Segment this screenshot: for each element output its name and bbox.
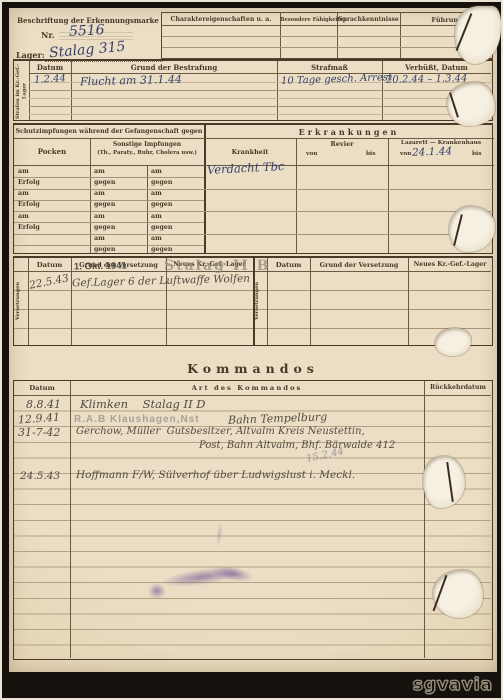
- watermark: sgvavia: [413, 675, 493, 695]
- transfer-col-date-r: Datum: [267, 261, 310, 269]
- date-stamp: 1. Okt. 1941: [74, 261, 127, 273]
- vacc-cell: am: [151, 168, 162, 175]
- transfer-col-reason-r: Grund der Versetzung: [310, 261, 408, 269]
- vacc-cell: am: [151, 213, 162, 220]
- rab-klaushagen-stamp: R.A.B Klaushagen,Nst: [74, 414, 200, 425]
- transfer-col-date-l: Datum: [28, 261, 71, 269]
- scanned-pow-record-photo: Beschriftung der Erkennungsmarke Nr. 551…: [0, 0, 503, 700]
- vacc-cell: am: [18, 168, 29, 175]
- kommando-entry-text: Gerchow, Müller Gutsbesitzer, Altvalm Kr…: [76, 426, 365, 437]
- transfer-entry-reason: Gef.Lager 6 der Luftwaffe Wolfen: [72, 272, 250, 289]
- vaccinations-illnesses-table: Schutzimpfungen während der Gefangenscha…: [13, 123, 493, 254]
- punishments-side-label: Strafen im Kr.-Gef.-Lager: [15, 63, 28, 119]
- vacc-cell: am: [94, 235, 105, 242]
- vacc-cell: am: [94, 168, 105, 175]
- vacc-cell: gegen: [94, 201, 115, 208]
- ill-revier-bis: bis: [366, 151, 376, 157]
- vacc-cell: am: [151, 190, 162, 197]
- vacc-cell: gegen: [94, 179, 115, 186]
- traits-table: Charaktereigenschaften u. a. Besondere F…: [161, 12, 493, 59]
- transfer-col-newcamp-r: Neues Kr.-Gef.-Lager: [408, 261, 492, 268]
- punish-entry-sentence: 10 Tage gesch. Arrest: [281, 72, 392, 87]
- punishments-table: Strafen im Kr.-Gef.-Lager Datum Grund de…: [13, 59, 493, 121]
- kommando-col-return: Rückkehrdatum: [424, 384, 492, 391]
- kommando-entry-date: 8.8.41: [26, 398, 61, 411]
- kommando-entry-date: 24.5.43: [20, 470, 60, 482]
- stalag-2b-stamp: Stalag II B: [164, 258, 271, 274]
- ill-laz-von: von: [400, 151, 411, 157]
- kommandos-table: Datum Art des Kommandos Rückkehrdatum 8.…: [13, 380, 493, 660]
- vacc-cell: am: [94, 213, 105, 220]
- transfers-side-label-left: Versetzungen: [15, 260, 27, 343]
- vacc-cell: am: [18, 213, 29, 220]
- traits-col-abilities: Besondere Fähigkeiten: [280, 17, 337, 23]
- vaccinations-title: Schutzimpfungen während der Gefangenscha…: [14, 128, 204, 135]
- vacc-cell: Erfolg: [18, 224, 40, 231]
- ill-entry-krankheit: Verdacht Tbc: [207, 159, 285, 177]
- punish-col-reason: Grund der Bestrafung: [71, 63, 277, 72]
- kommandos-title: Kommandos: [13, 361, 493, 376]
- vacc-cell: gegen: [94, 246, 115, 253]
- vacc-cell: Erfolg: [18, 179, 40, 186]
- vacc-cell: gegen: [151, 201, 172, 208]
- vacc-col-sonstige-sub: (Tb., Paraty., Ruhr, Cholera usw.): [90, 150, 204, 156]
- punish-entry-date: 1.2.44: [29, 73, 72, 86]
- ill-revier-von: von: [306, 151, 317, 157]
- kommando-entry-text: Hoffmann F/W, Sülverhof über Ludwigslust…: [76, 469, 355, 481]
- vacc-cell: gegen: [151, 224, 172, 231]
- vacc-cell: gegen: [94, 224, 115, 231]
- vacc-col-pocken: Pocken: [14, 147, 90, 156]
- punish-entry-served: 20.2.44 – 1.3.44: [386, 73, 468, 85]
- ill-laz-bis: bis: [472, 151, 482, 157]
- vacc-cell: gegen: [151, 179, 172, 186]
- vacc-cell: am: [151, 235, 162, 242]
- punish-col-date: Datum: [29, 63, 71, 72]
- camp-value: Stalag 315: [48, 39, 126, 62]
- pow-record-card: Beschriftung der Erkennungsmarke Nr. 551…: [9, 8, 497, 672]
- id-number-label: Nr.: [41, 30, 55, 40]
- kommando-col-art: Art des Kommandos: [70, 384, 424, 392]
- vacc-col-sonstige: Sonstige Impfungen: [90, 141, 204, 148]
- kommando-col-date: Datum: [14, 384, 70, 392]
- ill-col-krankheit: Krankheit: [204, 148, 296, 156]
- traits-col-languages: Sprachkenntnisse: [337, 16, 400, 23]
- ink-smudge: [148, 583, 166, 599]
- vacc-cell: am: [18, 190, 29, 197]
- id-number-value: 5516: [69, 22, 105, 40]
- punish-col-served: Verbüßt, Datum: [382, 63, 491, 72]
- paper-hole: [433, 570, 483, 618]
- ill-entry-lazarett-von: 24.1.44: [412, 145, 452, 158]
- vacc-cell: gegen: [151, 246, 172, 253]
- id-tag-block: Beschriftung der Erkennungsmarke Nr. 551…: [13, 14, 163, 60]
- punish-entry-reason: Flucht am 31.1.44: [80, 72, 182, 88]
- kommando-entry-text: Post, Bahn Altvalm, Bhf. Bärwalde 412: [199, 440, 395, 451]
- transfers-table: Versetzungen Versetzungen Datum Grund de…: [13, 256, 493, 346]
- traits-col-character: Charaktereigenschaften u. a.: [162, 16, 280, 23]
- punish-col-sentence: Strafmaß: [277, 63, 382, 72]
- illnesses-title: Erkrankungen: [204, 127, 494, 137]
- paper-hole: [447, 82, 495, 126]
- vacc-cell: am: [94, 190, 105, 197]
- paper-tear: [455, 6, 501, 64]
- vacc-cell: Erfolg: [18, 201, 40, 208]
- kommando-entry-date: 31-7-42: [18, 426, 60, 439]
- ill-col-revier: Revier: [296, 140, 388, 148]
- kommando-entry-text: Klimken Stalag II D: [80, 397, 206, 411]
- paper-hole: [435, 328, 471, 356]
